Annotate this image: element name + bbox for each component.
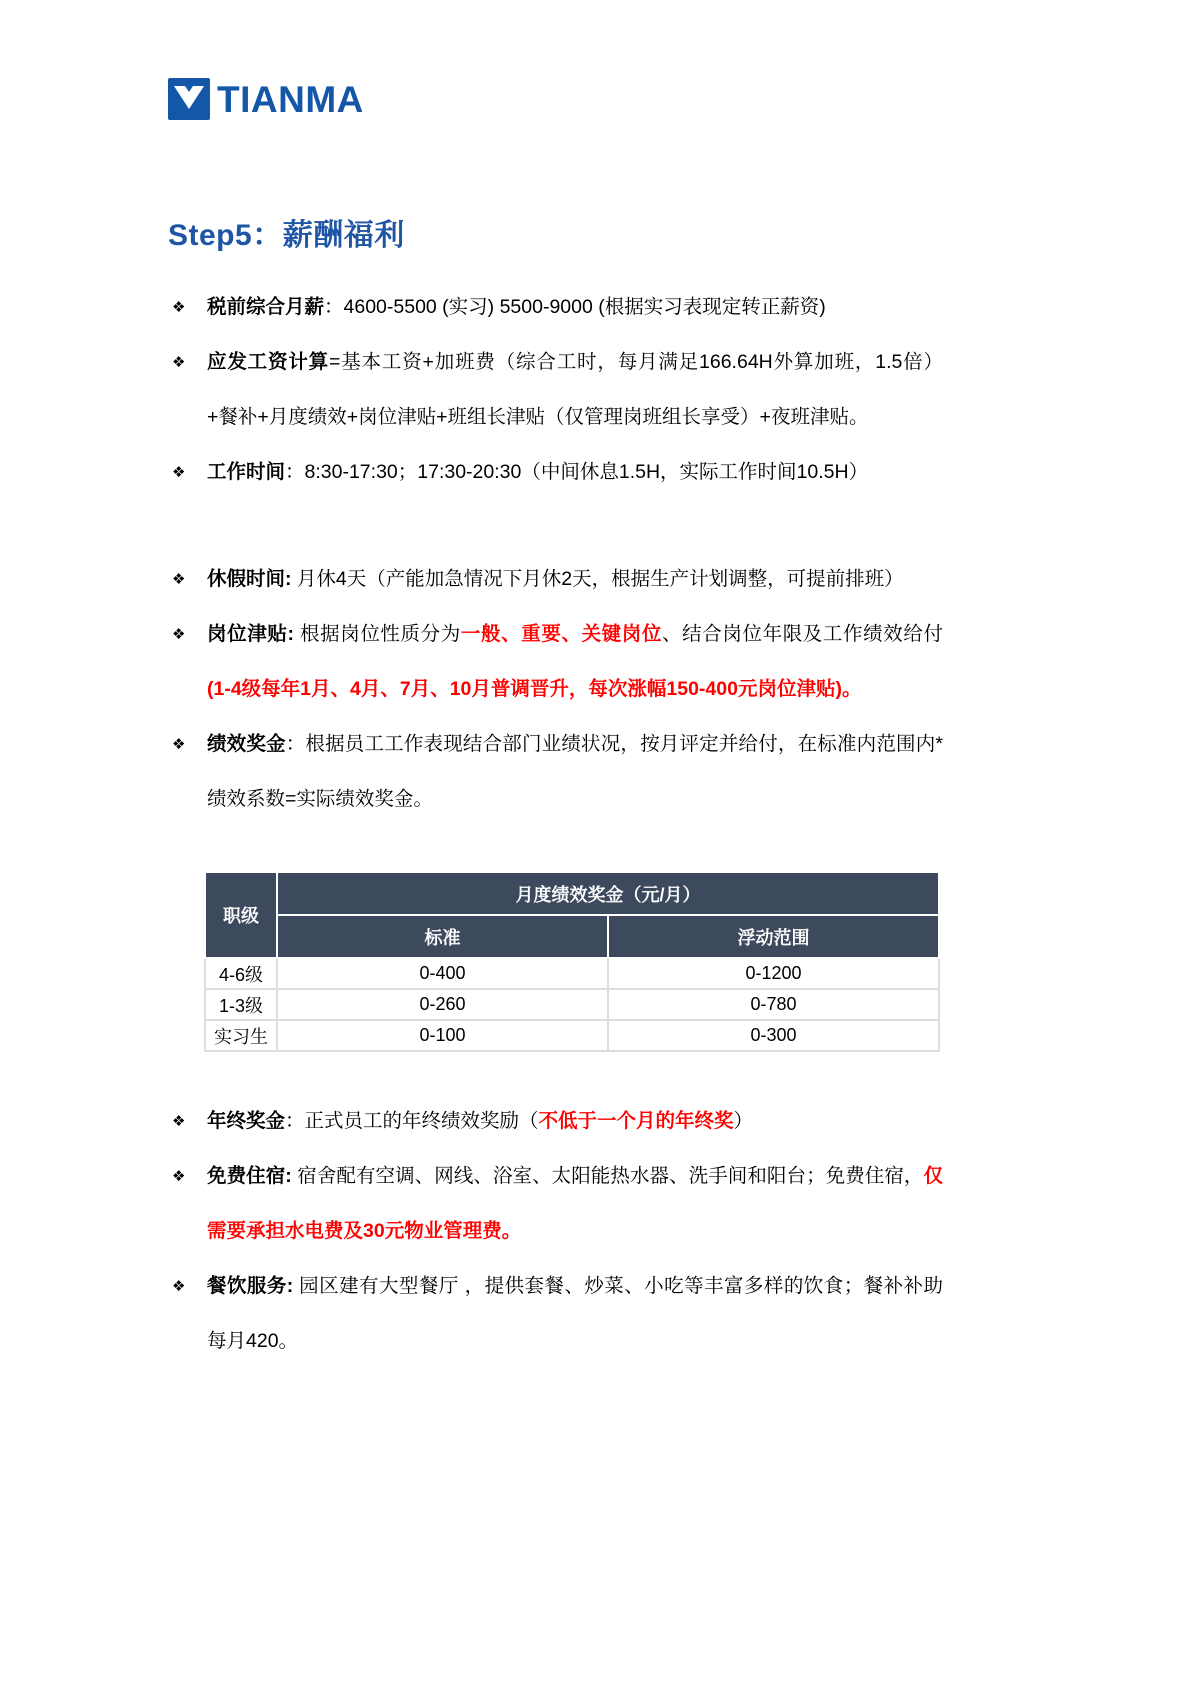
bullet-item: ❖税前综合月薪：4600-5500 (实习) 5500-9000 (根据实习表现…: [170, 280, 943, 335]
bullet-text: 工作时间：8:30-17:30；17:30-20:30（中间休息1.5H，实际工…: [207, 461, 868, 483]
benefits-list-bottom: ❖年终奖金：正式员工的年终绩效奖励（不低于一个月的年终奖）❖免费住宿: 宿舍配有…: [170, 1094, 943, 1369]
table-row: 4-6级0-4000-1200: [205, 958, 939, 989]
table-header: 职级 月度绩效奖金（元/月） 标准 浮动范围: [205, 872, 939, 958]
diamond-bullet-icon: ❖: [172, 552, 185, 607]
bullet-item: ❖免费住宿: 宿舍配有空调、网线、浴室、太阳能热水器、洗手间和阳台；免费住宿，仅…: [170, 1149, 943, 1259]
bullet-text: 年终奖金：正式员工的年终绩效奖励（不低于一个月的年终奖）: [207, 1110, 753, 1132]
performance-bonus-table: 职级 月度绩效奖金（元/月） 标准 浮动范围 4-6级0-4000-12001-…: [204, 871, 940, 1052]
table-row: 实习生0-1000-300: [205, 1020, 939, 1051]
diamond-bullet-icon: ❖: [172, 1094, 185, 1149]
diamond-bullet-icon: ❖: [172, 335, 185, 390]
bullet-text: 应发工资计算=基本工资+加班费（综合工时，每月满足166.64H外算加班，1.5…: [207, 351, 943, 428]
diamond-bullet-icon: ❖: [172, 1149, 185, 1204]
diamond-bullet-icon: ❖: [172, 280, 185, 335]
bullet-item: ❖岗位津贴: 根据岗位性质分为一般、重要、关键岗位、结合岗位年限及工作绩效给付 …: [170, 607, 943, 717]
diamond-bullet-icon: ❖: [172, 607, 185, 662]
col-header-level: 职级: [205, 872, 277, 958]
standard-cell: 0-400: [277, 958, 608, 989]
table-body: 4-6级0-4000-12001-3级0-2600-780实习生0-1000-3…: [205, 958, 939, 1051]
bullet-item: ❖应发工资计算=基本工资+加班费（综合工时，每月满足166.64H外算加班，1.…: [170, 335, 943, 445]
range-cell: 0-300: [608, 1020, 939, 1051]
diamond-bullet-icon: ❖: [172, 445, 185, 500]
range-cell: 0-780: [608, 989, 939, 1020]
col-header-standard: 标准: [277, 915, 608, 958]
job-level-cell: 实习生: [205, 1020, 277, 1051]
bullet-item: ❖餐饮服务: 园区建有大型餐厅 ，提供套餐、炒菜、小吃等丰富多样的饮食；餐补补助…: [170, 1259, 943, 1369]
tianma-logo: TIANMA: [168, 78, 1191, 120]
bullet-text: 休假时间: 月休4天（产能加急情况下月休2天，根据生产计划调整，可提前排班）: [207, 568, 904, 590]
col-header-range: 浮动范围: [608, 915, 939, 958]
bullet-item: ❖工作时间：8:30-17:30；17:30-20:30（中间休息1.5H，实际…: [170, 445, 943, 500]
diamond-bullet-icon: ❖: [172, 717, 185, 772]
diamond-bullet-icon: ❖: [172, 1259, 185, 1314]
document-page: TIANMA Step5：薪酬福利 ❖税前综合月薪：4600-5500 (实习)…: [0, 0, 1191, 1684]
table-row: 1-3级0-2600-780: [205, 989, 939, 1020]
page-title: Step5：薪酬福利: [168, 210, 1191, 254]
bullet-text: 绩效奖金：根据员工工作表现结合部门业绩状况，按月评定并给付，在标准内范围内*绩效…: [207, 733, 943, 810]
bullet-text: 岗位津贴: 根据岗位性质分为一般、重要、关键岗位、结合岗位年限及工作绩效给付 (…: [207, 623, 943, 700]
bullet-item: ❖年终奖金：正式员工的年终绩效奖励（不低于一个月的年终奖）: [170, 1094, 943, 1149]
job-level-cell: 4-6级: [205, 958, 277, 989]
bullet-text: 税前综合月薪：4600-5500 (实习) 5500-9000 (根据实习表现定…: [207, 296, 826, 318]
standard-cell: 0-100: [277, 1020, 608, 1051]
standard-cell: 0-260: [277, 989, 608, 1020]
bullet-text: 免费住宿: 宿舍配有空调、网线、浴室、太阳能热水器、洗手间和阳台；免费住宿，仅需…: [207, 1165, 943, 1242]
range-cell: 0-1200: [608, 958, 939, 989]
bullet-item: ❖休假时间: 月休4天（产能加急情况下月休2天，根据生产计划调整，可提前排班）: [170, 552, 943, 607]
benefits-list-top: ❖税前综合月薪：4600-5500 (实习) 5500-9000 (根据实习表现…: [170, 280, 943, 827]
bullet-item: ❖绩效奖金：根据员工工作表现结合部门业绩状况，按月评定并给付，在标准内范围内*绩…: [170, 717, 943, 827]
tianma-logo-icon: [168, 78, 210, 120]
tianma-logo-text: TIANMA: [217, 81, 364, 118]
job-level-cell: 1-3级: [205, 989, 277, 1020]
col-header-bonus-group: 月度绩效奖金（元/月）: [277, 872, 939, 915]
bullet-text: 餐饮服务: 园区建有大型餐厅 ，提供套餐、炒菜、小吃等丰富多样的饮食；餐补补助每…: [207, 1275, 943, 1352]
